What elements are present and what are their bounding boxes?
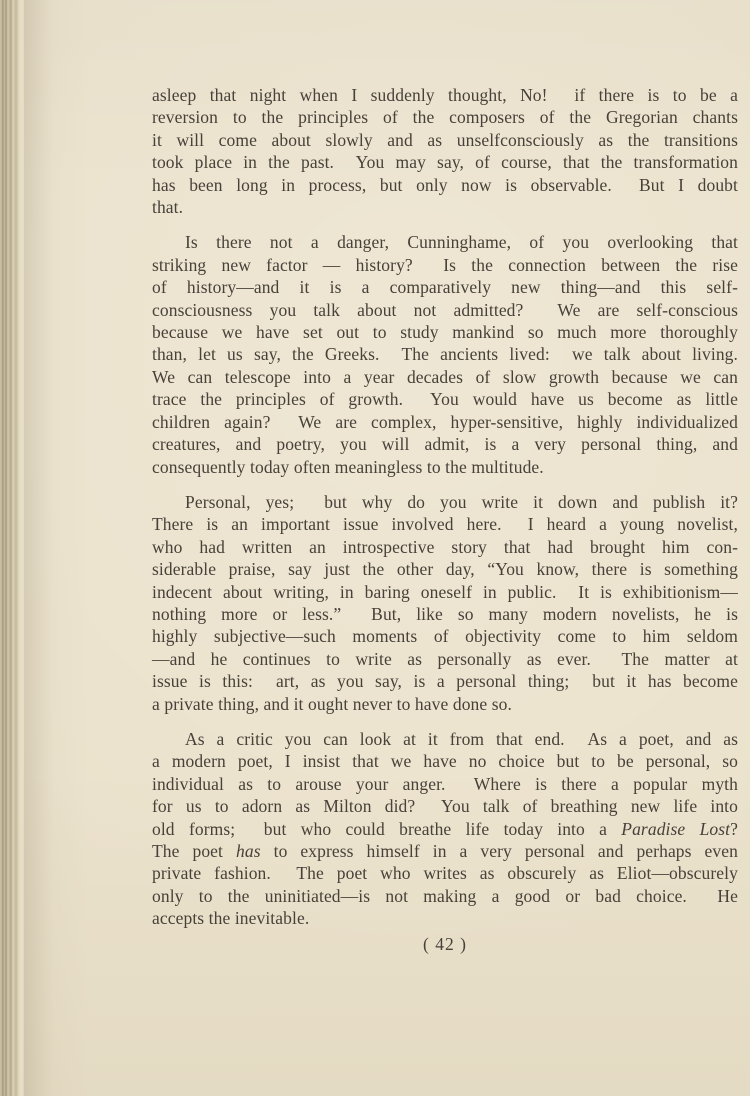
page-number: ( 42 ) xyxy=(152,933,738,955)
binding-shadow xyxy=(24,0,54,1096)
text-line: for us to adorn as Milton did? You talk … xyxy=(152,795,738,817)
text-line: old forms; but who could breathe life to… xyxy=(152,818,738,840)
text-line: We can telescope into a year decades of … xyxy=(152,366,738,388)
text-line: it will come about slowly and as unselfc… xyxy=(152,129,738,151)
text-line: reversion to the principles of the compo… xyxy=(152,106,738,128)
text-line: children again? We are complex, hyper-se… xyxy=(152,411,738,433)
text-line: a modern poet, I insist that we have no … xyxy=(152,750,738,772)
book-binding-edge xyxy=(0,0,24,1096)
text-line: has been long in process, but only now i… xyxy=(152,174,738,196)
text-line: took place in the past. You may say, of … xyxy=(152,151,738,173)
text-line: striking new factor — history? Is the co… xyxy=(152,254,738,276)
text-line: than, let us say, the Greeks. The ancien… xyxy=(152,343,738,365)
scanned-book-page: asleep that night when I suddenly though… xyxy=(0,0,750,1096)
paragraph-4: As a critic you can look at it from that… xyxy=(152,728,738,930)
paragraph-3: Personal, yes; but why do you write it d… xyxy=(152,491,738,715)
text-line: issue is this: art, as you say, is a per… xyxy=(152,670,738,692)
text-line: individual as to arouse your anger. Wher… xyxy=(152,773,738,795)
text-line: consequently today often meaningless to … xyxy=(152,456,738,478)
text-line: The poet has to express himself in a ver… xyxy=(152,840,738,862)
text-line: highly subjective—such moments of object… xyxy=(152,625,738,647)
page-text-block: asleep that night when I suddenly though… xyxy=(152,84,738,955)
text-line: As a critic you can look at it from that… xyxy=(152,728,738,750)
text-line: Is there not a danger, Cunninghame, of y… xyxy=(152,231,738,253)
text-line: trace the principles of growth. You woul… xyxy=(152,388,738,410)
text-line: asleep that night when I suddenly though… xyxy=(152,84,738,106)
paragraph-2: Is there not a danger, Cunninghame, of y… xyxy=(152,231,738,477)
text-line: Personal, yes; but why do you write it d… xyxy=(152,491,738,513)
text-line: —and he continues to write as personally… xyxy=(152,648,738,670)
text-line: accepts the inevitable. xyxy=(152,907,738,929)
text-line: indecent about writing, in baring onesel… xyxy=(152,581,738,603)
text-line: because we have set out to study mankind… xyxy=(152,321,738,343)
text-line: creatures, and poetry, you will admit, i… xyxy=(152,433,738,455)
text-line: private fashion. The poet who writes as … xyxy=(152,862,738,884)
text-line: who had written an introspective story t… xyxy=(152,536,738,558)
text-line: nothing more or less.” But, like so many… xyxy=(152,603,738,625)
paragraph-1: asleep that night when I suddenly though… xyxy=(152,84,738,218)
text-line: of history—and it is a comparatively new… xyxy=(152,276,738,298)
text-line: that. xyxy=(152,196,738,218)
text-line: There is an important issue involved her… xyxy=(152,513,738,535)
text-line: consciousness you talk about not admitte… xyxy=(152,299,738,321)
text-line: siderable praise, say just the other day… xyxy=(152,558,738,580)
text-line: a private thing, and it ought never to h… xyxy=(152,693,738,715)
text-line: only to the uninitiated—is not making a … xyxy=(152,885,738,907)
